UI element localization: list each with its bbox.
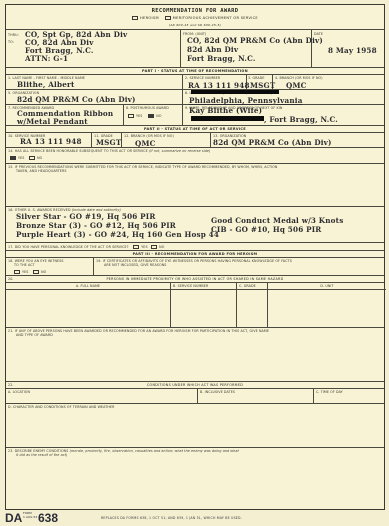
field-12-value: QMC bbox=[135, 139, 156, 148]
field-22b-label: b. INCLUSIVE DATES bbox=[200, 390, 235, 394]
from-line-3: Fort Bragg, N.C. bbox=[187, 54, 256, 63]
knowledge-no-checkbox[interactable] bbox=[151, 245, 157, 249]
field-14-options: YES NO bbox=[10, 156, 42, 160]
part2-title: PART II - STATUS AT TIME OF ACT OR SERVI… bbox=[6, 127, 384, 131]
field-20-header: 20. PERSONS IN IMMEDIATE PROXIMITY OR WH… bbox=[6, 276, 384, 283]
field-13-value: 82d QM PR&M Co (Abn Div) bbox=[213, 138, 332, 147]
da-mark: DA bbox=[5, 511, 22, 525]
meritorious-checkbox[interactable] bbox=[165, 16, 171, 20]
form-title: RECOMMENDATION FOR AWARD bbox=[6, 8, 384, 14]
posthumous-no-label: NO bbox=[156, 114, 161, 118]
part2-banner: PART II - STATUS AT TIME OF ACT OR SERVI… bbox=[6, 126, 384, 133]
field-22d-label: d. CHARACTER AND CONDITIONS OF TERRAIN A… bbox=[8, 405, 114, 409]
knowledge-yes-checkbox[interactable] bbox=[133, 245, 139, 249]
col-grade-header: c. GRADE bbox=[239, 284, 256, 288]
field-2-value: RA 13 111 948 bbox=[188, 81, 250, 90]
thru-label: THRU: bbox=[8, 33, 19, 37]
field-23-note-2: it did as the result of the act) bbox=[16, 453, 67, 457]
to-label: TO: bbox=[8, 40, 14, 44]
proximity-persons-table: a. FULL NAME b. SERVICE NUMBER c. GRADE … bbox=[6, 283, 384, 328]
field-12-label: 12. BRANCH (Or MOS if NO) bbox=[124, 134, 174, 138]
witness-no-label: NO bbox=[41, 270, 46, 274]
from-line-2: 82d Abn Div bbox=[187, 45, 238, 54]
field-13-organization: 13. ORGANIZATION 82d QM PR&M Co (Abn Div… bbox=[211, 133, 386, 147]
part1-row-identity: 1. LAST NAME - FIRST NAME - MIDDLE NAME … bbox=[6, 75, 384, 90]
award-silver-star: Silver Star - GO #19, Hq 506 PIR bbox=[16, 212, 156, 221]
honorable-yes-label: YES bbox=[18, 156, 25, 160]
field-14-honorable-service: 14. HAS ALL SERVICE BEEN HONORABLE SUBSE… bbox=[6, 148, 384, 164]
field-19-label-2: ARE NOT INCLOSED, GIVE REASONS bbox=[104, 263, 166, 267]
field-18-label-2: TO THE ACT bbox=[14, 263, 35, 267]
redaction-bar-address bbox=[191, 116, 264, 121]
field-20-title: PERSONS IN IMMEDIATE PROXIMITY OR WHO AS… bbox=[6, 277, 384, 281]
award-recommendation-form: RECOMMENDATION FOR AWARD HEROISM MERITOR… bbox=[5, 4, 385, 510]
date-value: 8 May 1958 bbox=[328, 46, 377, 55]
field-7-recommended-award: 7. RECOMMENDED AWARD Commendation Ribbon… bbox=[6, 105, 124, 125]
field-3-label: 3. GRADE bbox=[248, 76, 265, 80]
heroism-label: HEROISM bbox=[140, 16, 159, 20]
posthumous-no-checkbox[interactable] bbox=[148, 114, 154, 118]
field-4-label: 4. BRANCH (Or MOS if NO) bbox=[275, 76, 323, 80]
col-service-number-header: b. SERVICE NUMBER bbox=[173, 284, 208, 288]
part1-row-org: 5. ORGANIZATION 82d QM PR&M Co (Abn Div)… bbox=[6, 90, 384, 105]
posthumous-yes-label: YES bbox=[136, 114, 143, 118]
field-10-value: RA 13 111 948 bbox=[20, 137, 82, 146]
col-unit-header: d. UNIT bbox=[270, 284, 384, 288]
field-17-label: 17. DID YOU HAVE PERSONAL KNOWLEDGE OF T… bbox=[8, 245, 164, 249]
date-label: DATE bbox=[314, 32, 323, 36]
field-11-value: MSGT bbox=[96, 138, 121, 147]
to-line-3: ATTN: G-1 bbox=[25, 54, 68, 63]
field-14-note: (If not, summarize on reverse side) bbox=[149, 149, 211, 153]
award-cib: CIB - GO #10, Hq 506 PIR bbox=[211, 225, 321, 234]
field-7-line-2: w/Metal Pendant bbox=[17, 117, 88, 126]
honorable-no-checkbox[interactable] bbox=[29, 156, 35, 160]
field-2-service-number: 2. SERVICE NUMBER RA 13 111 948 bbox=[183, 75, 247, 89]
field-22-title: CONDITIONS UNDER WHICH ACT WAS PERFORMED bbox=[6, 383, 384, 387]
col-service-number: b. SERVICE NUMBER bbox=[171, 283, 237, 327]
field-15-label-2: TAKEN, AND HEADQUARTERS bbox=[16, 169, 67, 173]
field-3-grade: 3. GRADE MSGT bbox=[247, 75, 273, 89]
field-2-label: 2. SERVICE NUMBER bbox=[185, 76, 220, 80]
field-22-header: 22. CONDITIONS UNDER WHICH ACT WAS PERFO… bbox=[6, 382, 384, 389]
knowledge-yes-label: YES bbox=[141, 245, 148, 249]
honorable-no-label: NO bbox=[37, 156, 42, 160]
thru-to-cell: THRU: TO: CO, Spt Gp, 82d Abn Div CO, 82… bbox=[6, 30, 181, 67]
award-purple-heart: Purple Heart (3) - GO #24, Hq 160 Gen Ho… bbox=[16, 230, 219, 239]
field-17-personal-knowledge: 17. DID YOU HAVE PERSONAL KNOWLEDGE OF T… bbox=[6, 243, 384, 251]
part3-banner: PART III - RECOMMENDATION FOR AWARD FOR … bbox=[6, 251, 384, 258]
form-label-block: FORM 1 AUG 53 bbox=[23, 512, 37, 519]
field-22b-dates: b. INCLUSIVE DATES bbox=[198, 389, 314, 403]
field-12-branch: 12. BRANCH (Or MOS if NO) QMC bbox=[122, 133, 211, 147]
field-5-organization: 5. ORGANIZATION 82d QM PR&M Co (Abn Div) bbox=[6, 90, 183, 104]
field-11-grade: 11. GRADE MSGT bbox=[92, 133, 122, 147]
field-9-name: Kay Blithe (Wife) bbox=[189, 106, 262, 115]
authority-reference: (AR 600-45 and SR 600-45-5) bbox=[6, 23, 384, 27]
honorable-yes-checkbox[interactable] bbox=[10, 156, 16, 160]
replaces-note: REPLACES DA FORMS 638, 1 OCT 51; AND 639… bbox=[101, 516, 242, 520]
part1-banner: PART I - STATUS AT TIME OF RECOMMENDATIO… bbox=[6, 68, 384, 75]
field-17-question: 17. DID YOU HAVE PERSONAL KNOWLEDGE OF T… bbox=[8, 245, 129, 249]
field-3-value: MSGT bbox=[250, 81, 275, 90]
col-unit: d. UNIT bbox=[268, 283, 386, 327]
award-bronze-star: Bronze Star (3) - GO #12, Hq 506 PIR bbox=[16, 221, 176, 230]
field-6-value: Philadelphia, Pennsylvania bbox=[189, 96, 303, 105]
field-23-enemy-conditions: 23. DESCRIBE ENEMY CONDITIONS (morale, p… bbox=[6, 448, 384, 511]
witness-yes-label: YES bbox=[22, 270, 29, 274]
field-4-value: QMC bbox=[286, 81, 307, 90]
redaction-bar bbox=[191, 90, 279, 94]
part1-row-award: 7. RECOMMENDED AWARD Commendation Ribbon… bbox=[6, 105, 384, 126]
field-8-label: 8. POSTHUMOUS AWARD bbox=[126, 106, 169, 110]
field-21-label-2: AND TYPE OF AWARD bbox=[16, 333, 53, 337]
form-date: 1 AUG 53 bbox=[23, 516, 37, 520]
field-22c-time: c. TIME OF DAY bbox=[314, 389, 386, 403]
award-type-options: HEROISM MERITORIOUS ACHIEVEMENT OR SERVI… bbox=[6, 16, 384, 20]
field-18-eye-witness: 18. WERE YOU AN EYE WITNESS TO THE ACT Y… bbox=[6, 258, 94, 275]
field-14-question: 14. HAS ALL SERVICE BEEN HONORABLE SUBSE… bbox=[8, 149, 148, 153]
field-1-value: Blithe, Albert bbox=[17, 80, 74, 89]
from-cell: FROM: (Unit) CO, 82d QM PR&M Co (Abn Div… bbox=[181, 30, 312, 67]
field-8-posthumous: 8. POSTHUMOUS AWARD YES NO bbox=[124, 105, 183, 125]
field-22a-location: a. LOCATION bbox=[6, 389, 198, 403]
field-22a-label: a. LOCATION bbox=[8, 390, 30, 394]
field-8-options: YES NO bbox=[128, 114, 162, 118]
col-grade: c. GRADE bbox=[237, 283, 268, 327]
field-22-abc: a. LOCATION b. INCLUSIVE DATES c. TIME O… bbox=[6, 389, 384, 404]
from-line-1: CO, 82d QM PR&M Co (Abn Div) bbox=[187, 36, 323, 45]
knowledge-no-label: NO bbox=[159, 245, 164, 249]
field-9-next-of-kin: 9. NAME, RELATIONSHIP AND ADDRESS OF NEX… bbox=[183, 105, 386, 125]
field-6-legal-residence: 6. LEGAL RESIDENCE (No., Street, City & … bbox=[183, 90, 386, 104]
field-18-options: YES NO bbox=[14, 270, 46, 274]
part1-title: PART I - STATUS AT TIME OF RECOMMENDATIO… bbox=[6, 69, 384, 73]
field-16-other-awards: 16. OTHER U. S. AWARDS RECEIVED (Include… bbox=[6, 207, 384, 243]
field-9-address: , Fort Bragg, N.C. bbox=[264, 115, 338, 124]
form-header: RECOMMENDATION FOR AWARD HEROISM MERITOR… bbox=[6, 5, 384, 30]
field-4-branch: 4. BRANCH (Or MOS if NO) QMC bbox=[273, 75, 386, 89]
field-22d-terrain: d. CHARACTER AND CONDITIONS OF TERRAIN A… bbox=[6, 404, 384, 448]
part3-title: PART III - RECOMMENDATION FOR AWARD FOR … bbox=[6, 252, 384, 256]
part2-row-status: 10. SERVICE NUMBER RA 13 111 948 11. GRA… bbox=[6, 133, 384, 148]
field-23-note-2-wrap: it did as the result of the act) bbox=[16, 453, 67, 457]
field-5-value: 82d QM PR&M Co (Abn Div) bbox=[17, 95, 136, 104]
field-22c-label: c. TIME OF DAY bbox=[316, 390, 343, 394]
witness-no-checkbox[interactable] bbox=[33, 270, 39, 274]
heroism-checkbox[interactable] bbox=[132, 16, 138, 20]
routing-row: THRU: TO: CO, Spt Gp, 82d Abn Div CO, 82… bbox=[6, 30, 384, 68]
field-19-affidavits: 19. IF CERTIFICATES OR AFFIDAVITS OF EYE… bbox=[94, 258, 386, 275]
field-21-other-awards: 21. IF ANY OF ABOVE PERSONS HAVE BEEN AW… bbox=[6, 328, 384, 382]
form-number: 638 bbox=[38, 511, 58, 525]
field-15-previous-recommendations: 15. IF PREVIOUS RECOMMENDATIONS WERE SUB… bbox=[6, 164, 384, 207]
award-good-conduct: Good Conduct Medal w/3 Knots bbox=[211, 216, 343, 225]
col-full-name: a. FULL NAME bbox=[6, 283, 171, 327]
witness-yes-checkbox[interactable] bbox=[14, 270, 20, 274]
field-23-note-1: (morale, proximity, fire, observation, c… bbox=[70, 449, 239, 453]
meritorious-label: MERITORIOUS ACHIEVEMENT OR SERVICE bbox=[173, 16, 258, 20]
field-10-service-number: 10. SERVICE NUMBER RA 13 111 948 bbox=[6, 133, 92, 147]
date-cell: DATE 8 May 1958 bbox=[312, 30, 386, 67]
posthumous-yes-checkbox[interactable] bbox=[128, 114, 134, 118]
col-full-name-header: a. FULL NAME bbox=[8, 284, 168, 288]
part3-row-witness: 18. WERE YOU AN EYE WITNESS TO THE ACT Y… bbox=[6, 258, 384, 276]
form-footer: DA FORM 1 AUG 53 638 REPLACES DA FORMS 6… bbox=[5, 511, 385, 526]
field-1-name: 1. LAST NAME - FIRST NAME - MIDDLE NAME … bbox=[6, 75, 183, 89]
field-14-label: 14. HAS ALL SERVICE BEEN HONORABLE SUBSE… bbox=[8, 149, 210, 153]
